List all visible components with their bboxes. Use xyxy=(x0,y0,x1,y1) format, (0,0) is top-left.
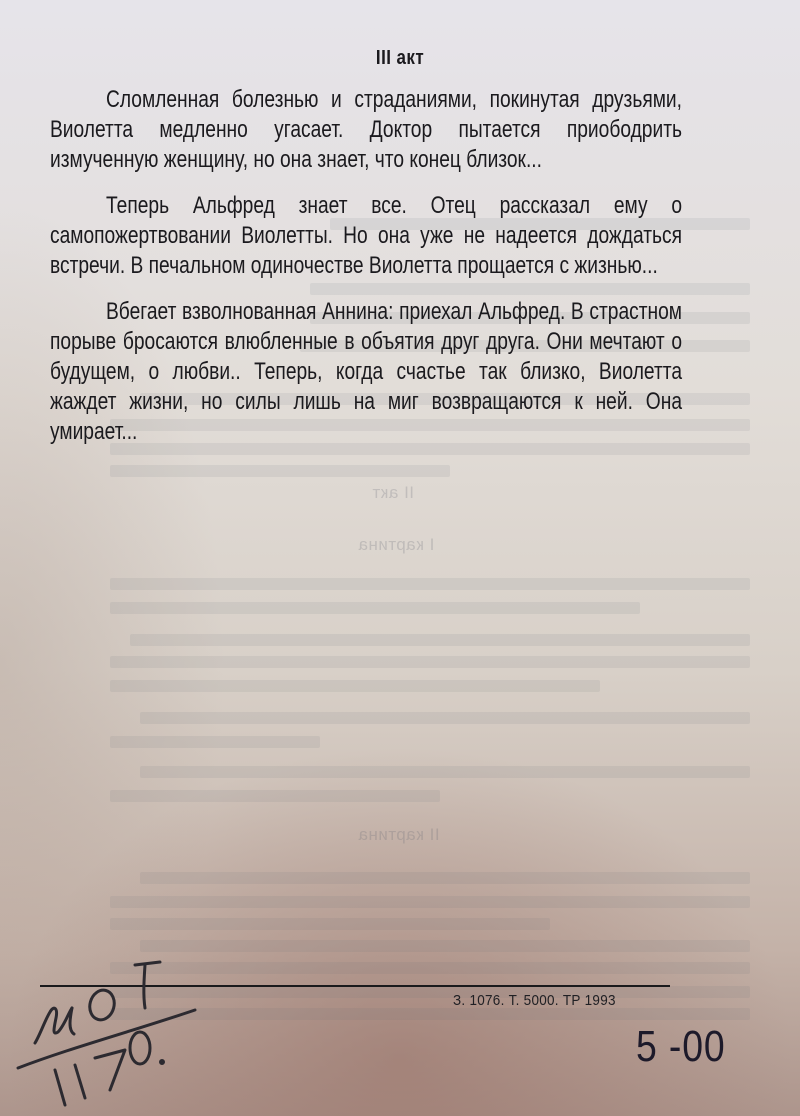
printer-imprint: З. 1076. Т. 5000. ТР 1993 xyxy=(453,992,616,1009)
body-text: Сломленная болезнью и страданиями, покин… xyxy=(50,85,690,463)
bleed-heading: I картина xyxy=(358,535,434,555)
paragraph: Сломленная болезнью и страданиями, покин… xyxy=(50,85,682,175)
handwritten-note xyxy=(10,950,270,1116)
paragraph: Теперь Альфред знает все. Отец рассказал… xyxy=(50,191,682,281)
paragraph: Вбегает взволнованная Аннина: приехал Ал… xyxy=(50,297,682,447)
section-title: III акт xyxy=(60,47,740,70)
bleed-heading: II картина xyxy=(358,825,440,845)
book-page: II акт I картина II картина III акт Слом… xyxy=(0,0,800,1116)
bleed-heading: II акт xyxy=(372,483,414,503)
price-stamp: 5 -00 xyxy=(636,1022,726,1072)
